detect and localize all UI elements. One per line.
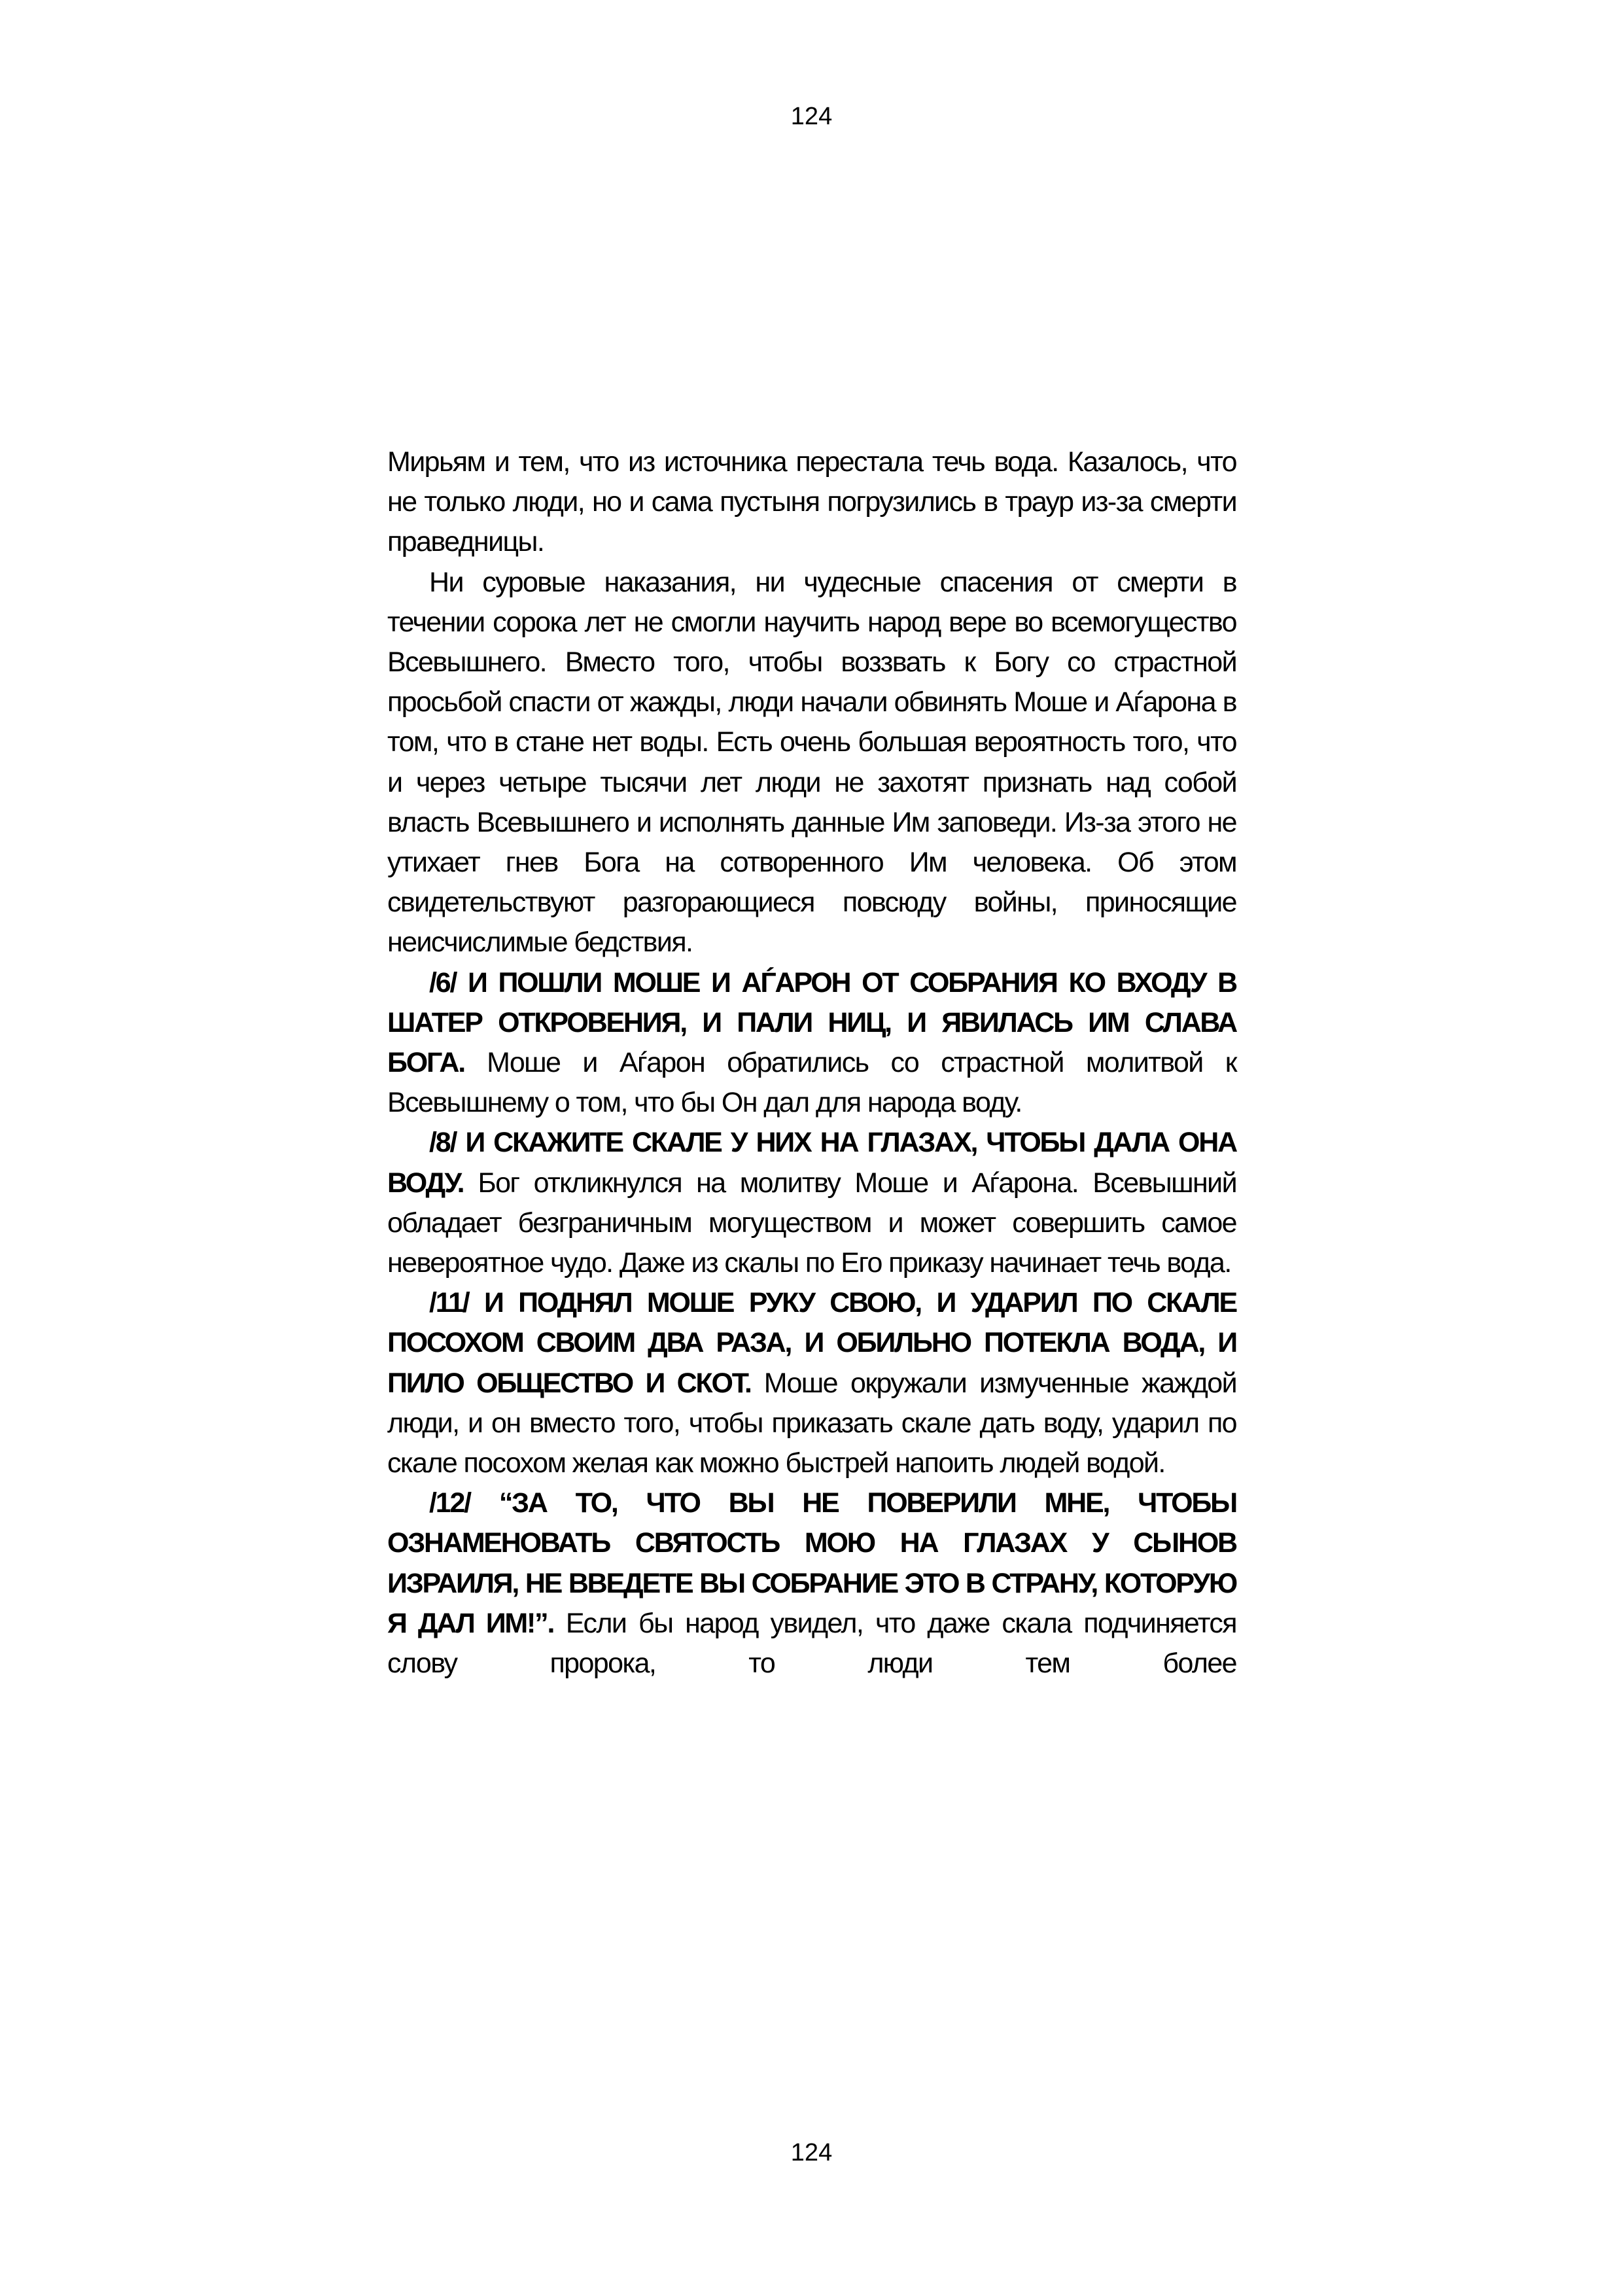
paragraph-text: Бог откликнулся на молитву Моше и Аѓарон… [387,1167,1236,1279]
paragraph: Мирьям и тем, что из источника перестала… [387,442,1236,563]
page-number-bottom: 124 [0,2138,1623,2167]
paragraph-verse-11: /11/ И ПОДНЯЛ МОШЕ РУКУ СВОЮ, И УДАРИЛ П… [387,1283,1236,1483]
body-text: Мирьям и тем, что из источника перестала… [387,442,1236,1684]
paragraph-text: Ни суровые наказания, ни чудесные спасен… [387,567,1236,959]
page-number-top: 124 [0,102,1623,131]
paragraph-text: Мирьям и тем, что из источника перестала… [387,446,1236,557]
paragraph-text: Моше и Аѓарон обратились со страстной мо… [387,1047,1236,1118]
paragraph-verse-6: /6/ И ПОШЛИ МОШЕ И АЃАРОН ОТ СОБРАНИЯ КО… [387,963,1236,1123]
paragraph-verse-8: /8/ И СКАЖИТЕ СКАЛЕ У НИХ НА ГЛАЗАХ, ЧТО… [387,1123,1236,1283]
paragraph: Ни суровые наказания, ни чудесные спасен… [387,563,1236,963]
paragraph-verse-12: /12/ “ЗА ТО, ЧТО ВЫ НЕ ПОВЕРИЛИ МНЕ, ЧТО… [387,1483,1236,1684]
